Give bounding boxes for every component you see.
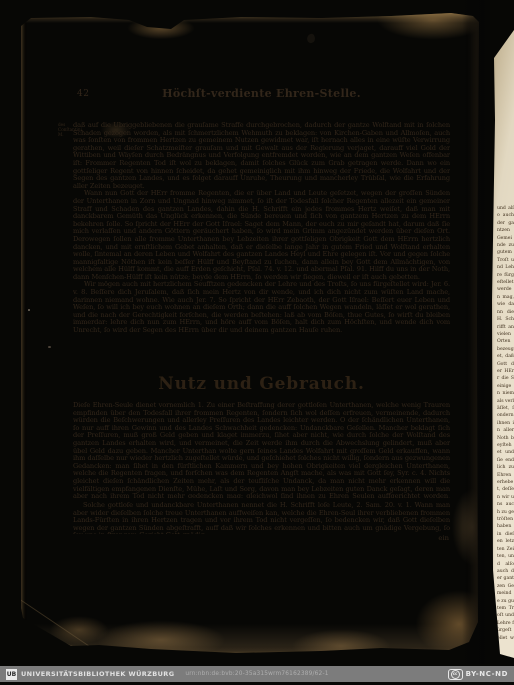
- catchword: ein: [438, 534, 449, 542]
- ink-blot: [306, 33, 316, 44]
- library-logo: UB: [6, 669, 17, 680]
- section-heading: Nutz und Gebrauch.: [73, 374, 450, 394]
- body-block-upper: daß auf die Ubriggebliebenen die grauſam…: [73, 122, 450, 375]
- viewer-footer-bar: UB UNIVERSITÄTSBIBLIOTHEK WÜRZBURG urn:n…: [0, 666, 514, 682]
- body-block-final: Solche gottloſe und undanckbare Untertha…: [73, 502, 450, 534]
- paper-speck: [48, 346, 51, 348]
- license-label: BY-NC-ND: [466, 670, 508, 678]
- fold-crease: [31, 629, 85, 652]
- cc-circle-glyph: cc: [451, 670, 460, 679]
- footer-library-group: UB UNIVERSITÄTSBIBLIOTHEK WÜRZBURG: [6, 669, 174, 680]
- fold-crease: [20, 600, 94, 650]
- body-block-lower: Dieſe Ehren-Seule dienet vornemlich 1. Z…: [73, 402, 450, 498]
- footer-license-group: cc BY-NC-ND: [448, 669, 508, 680]
- body-paragraph: daß auf die Ubriggebliebenen die grauſam…: [73, 122, 450, 190]
- adjacent-page-text: und alſo auch der gantzen Gemeinde zu gu…: [497, 205, 514, 642]
- running-header: Höchſt-verdiente Ehren-Stelle.: [73, 87, 450, 100]
- cc-license-icon: cc: [448, 669, 463, 680]
- library-name: UNIVERSITÄTSBIBLIOTHEK WÜRZBURG: [21, 670, 174, 678]
- body-paragraph: Wann nun Gott der HErr fromme Regenten, …: [73, 190, 450, 281]
- paper-speck: [28, 309, 30, 311]
- body-paragraph: Wir mögen auch mit hertzlichem Seufftzen…: [73, 281, 450, 334]
- book-gutter-shadow: [462, 0, 492, 664]
- scanned-page: 42 Höchſt-verdiente Ehren-Stelle. des Co…: [21, 12, 479, 654]
- margin-note: des Conſtantini M.: [58, 123, 73, 137]
- book-scan-viewport: 42 Höchſt-verdiente Ehren-Stelle. des Co…: [0, 0, 514, 685]
